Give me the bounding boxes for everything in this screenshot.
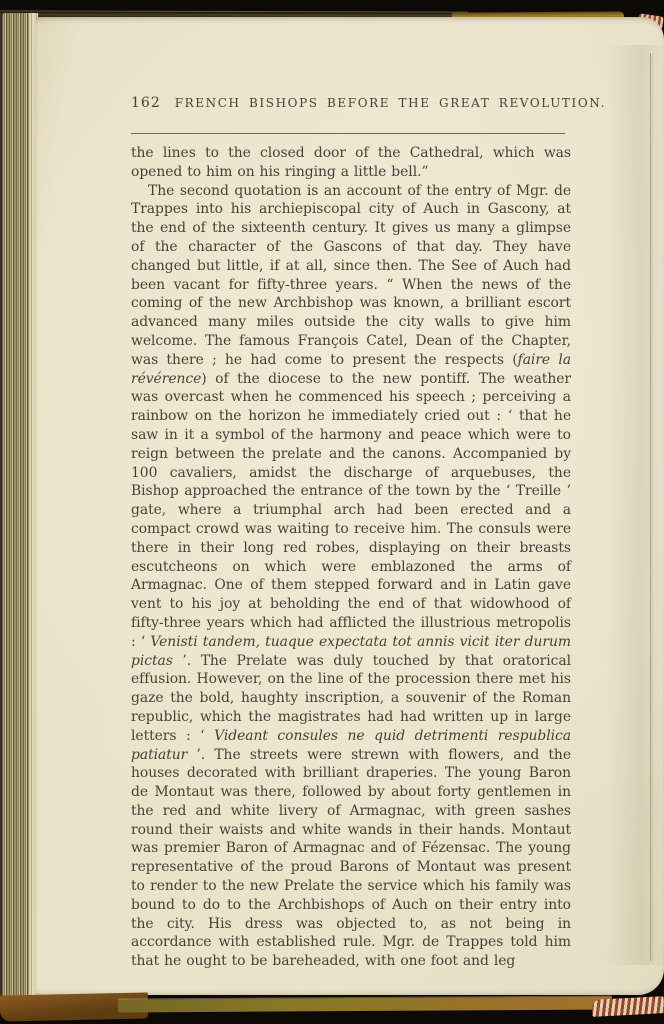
page-body: the lines to the closed door of the Cath… xyxy=(131,144,571,971)
book-bottom-edge-gilt xyxy=(118,996,612,1012)
page-number: 162 xyxy=(131,95,161,111)
page-header: 162 FRENCH BISHOPS BEFORE THE GREAT REVO… xyxy=(131,95,569,111)
running-head: FRENCH BISHOPS BEFORE THE GREAT REVOLUTI… xyxy=(175,96,606,110)
page-curve-shading xyxy=(606,45,664,965)
text-run: ’. The streets were strewn with flowers,… xyxy=(131,747,571,970)
open-book-photo: 162 FRENCH BISHOPS BEFORE THE GREAT REVO… xyxy=(0,0,664,1024)
book-page: 162 FRENCH BISHOPS BEFORE THE GREAT REVO… xyxy=(36,17,664,995)
text-run: The second quotation is an account of th… xyxy=(131,183,571,368)
text-run: the lines to the closed door of the Cath… xyxy=(131,145,571,180)
page-edge-line xyxy=(650,53,651,961)
header-rule xyxy=(131,133,565,134)
paragraph: The second quotation is an account of th… xyxy=(131,182,571,971)
headband-bottom xyxy=(592,996,664,1017)
text-run: ) of the diocese to the new pontiff. The… xyxy=(131,371,571,650)
book-fore-edge-pages xyxy=(0,13,38,1008)
paragraph: the lines to the closed door of the Cath… xyxy=(131,144,571,182)
